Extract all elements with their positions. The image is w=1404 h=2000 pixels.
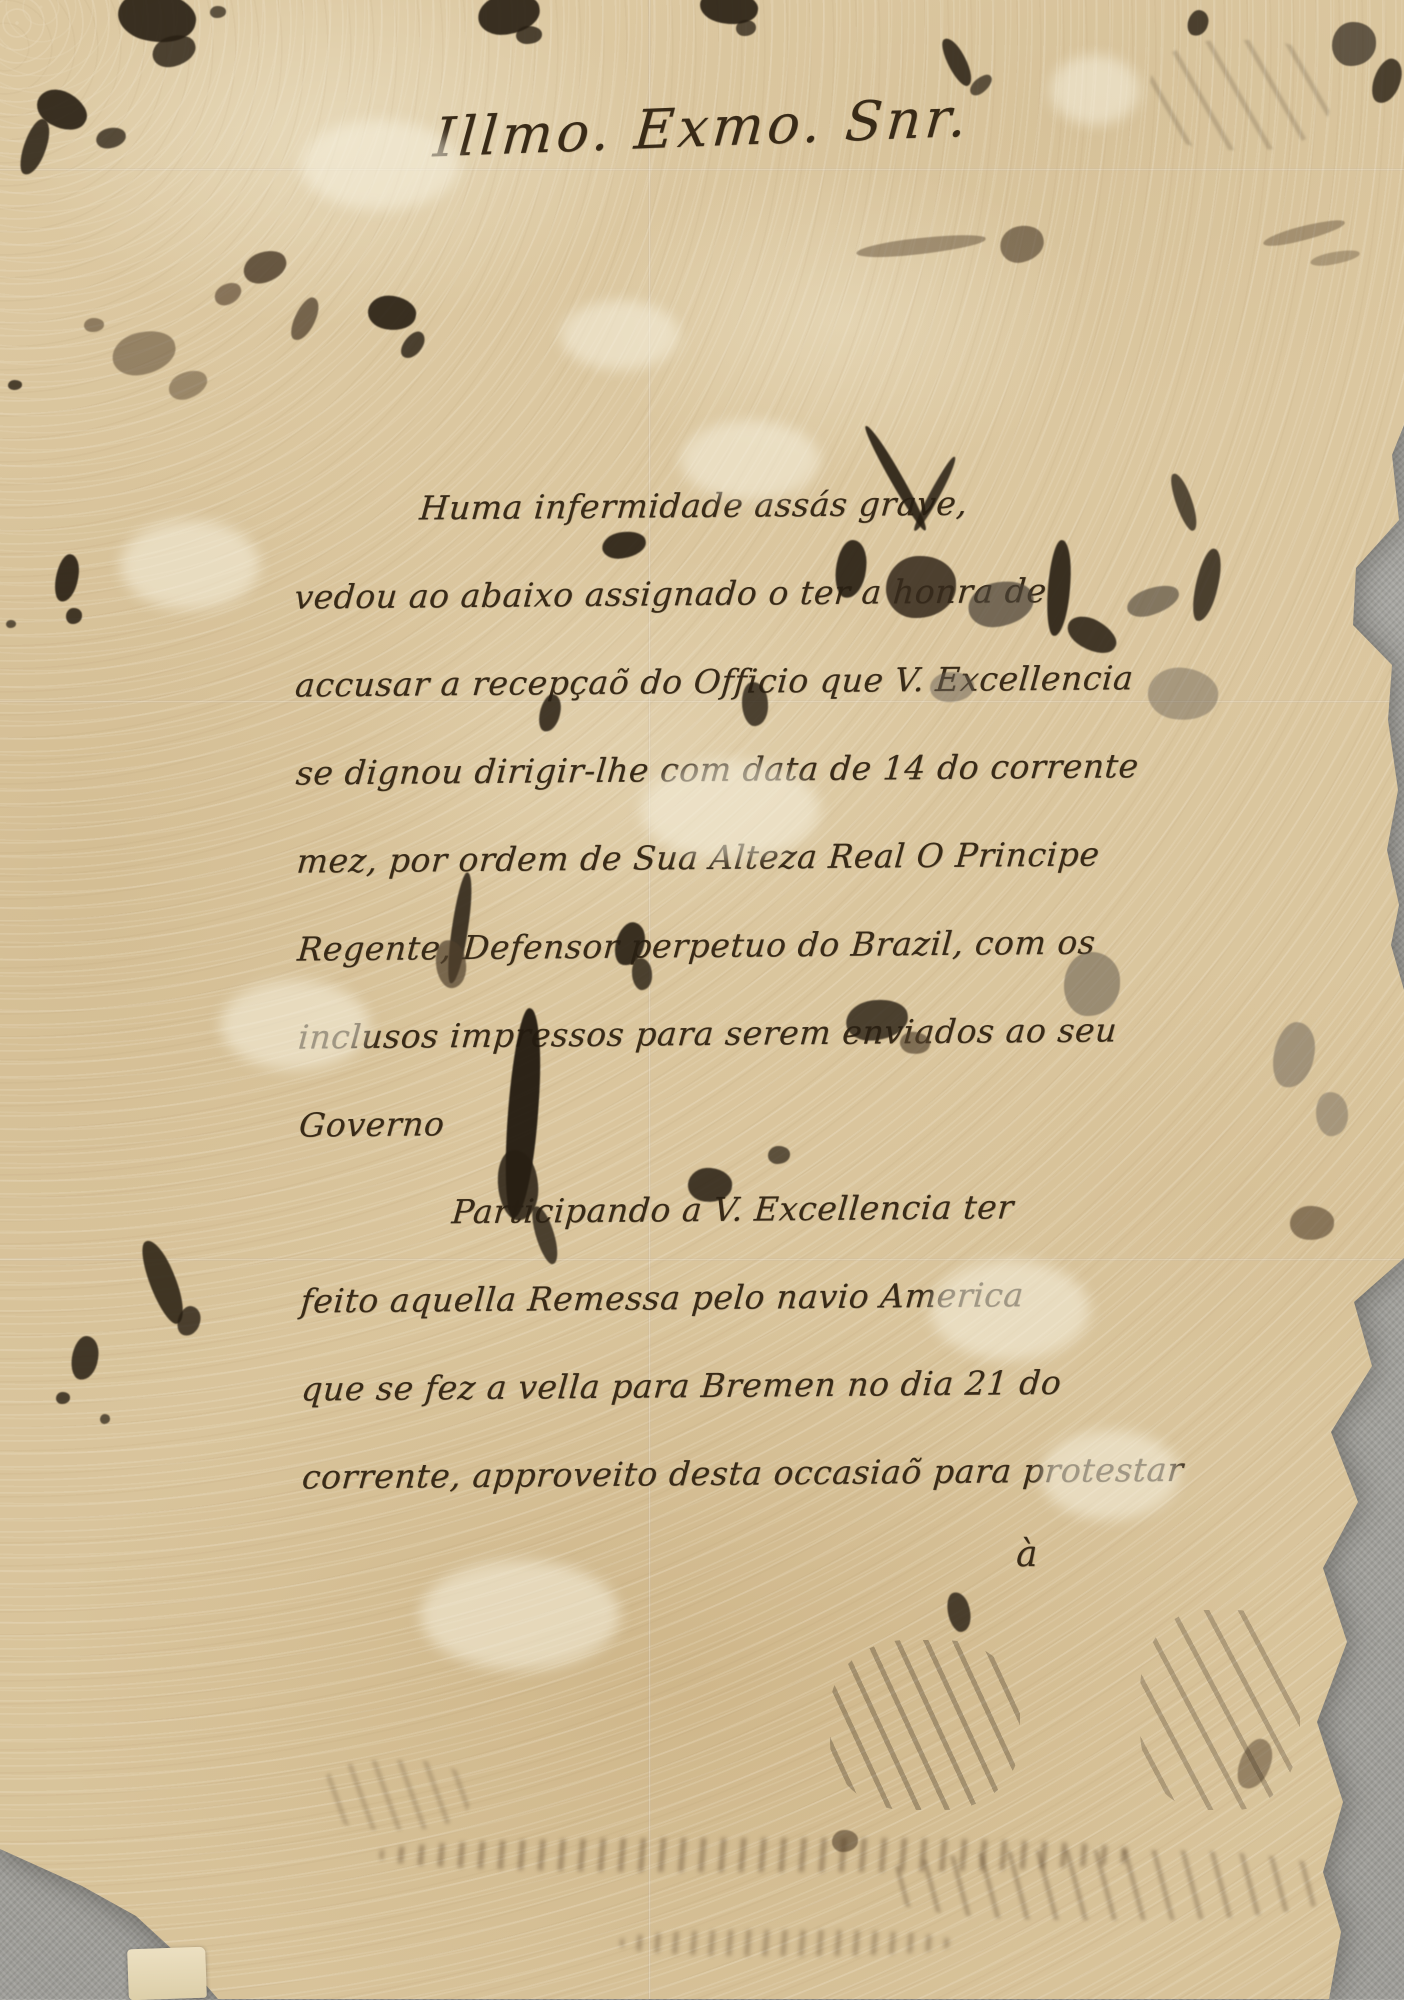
- ink-bleedthrough: [620, 1930, 950, 1956]
- ink-blot: [134, 1236, 191, 1327]
- ink-blot: [697, 0, 760, 29]
- letter-line: vedou ao abaixo assignado o ter a honra …: [289, 570, 1116, 665]
- ink-blot: [211, 279, 245, 309]
- letter-line: mez, por ordem de Sua Alteza Real O Prin…: [291, 834, 1118, 929]
- letter-body: Huma infermidade assás grave, vedou ao a…: [291, 482, 1120, 1545]
- letter-page: Illmo. Exmo. Snr. Huma infermidade assás…: [0, 0, 1404, 1999]
- ink-blot: [1309, 248, 1360, 269]
- ink-blot: [1262, 216, 1347, 250]
- ink-blot: [397, 328, 429, 363]
- ink-blot: [937, 35, 977, 89]
- ink-blot: [84, 318, 104, 332]
- ink-blot: [165, 366, 211, 404]
- ink-bleedthrough: [1140, 1610, 1300, 1810]
- ink-blot: [100, 1414, 110, 1424]
- letter-line: accusar a recepçaõ do Officio que V. Exc…: [290, 658, 1117, 753]
- letter-line: se dignou dirigir-lhe com data de 14 do …: [291, 746, 1118, 841]
- paper-wear-spot: [560, 300, 680, 370]
- ink-blot: [1185, 8, 1211, 38]
- ink-blot: [476, 0, 543, 38]
- ink-blot: [1289, 1205, 1335, 1242]
- ink-blot: [6, 620, 16, 628]
- catchword: à: [1016, 1534, 1037, 1575]
- letter-line: Huma infermidade assás grave,: [288, 482, 1115, 577]
- ink-blot: [175, 1304, 204, 1338]
- ink-blot: [943, 1590, 974, 1634]
- ink-blot: [56, 1392, 70, 1404]
- paper-fragment: [127, 1947, 207, 1999]
- letter-line: que se fez a vella para Bremen no dia 21…: [296, 1362, 1123, 1457]
- ink-blot: [1166, 471, 1202, 533]
- ink-blot: [1332, 22, 1376, 66]
- ink-bleedthrough: [880, 1850, 1340, 1920]
- letter-line: Governo: [294, 1098, 1121, 1193]
- ink-bleedthrough: [380, 1838, 1140, 1872]
- ink-bleedthrough: [320, 1760, 470, 1830]
- ink-blot: [1232, 1734, 1278, 1793]
- ink-blot: [66, 608, 82, 624]
- ink-blot: [1313, 1090, 1351, 1138]
- ink-blot: [210, 6, 226, 18]
- ink-blot: [1269, 1019, 1320, 1091]
- ink-blot: [69, 1334, 101, 1381]
- ink-blot: [287, 294, 324, 344]
- ink-blot: [114, 0, 201, 50]
- ink-bleedthrough: [830, 1640, 1020, 1810]
- ink-blot: [1145, 663, 1222, 724]
- salutation: Illmo. Exmo. Snr.: [0, 69, 1404, 186]
- letter-line: Regente, Defensor perpetuo do Brazil, co…: [292, 922, 1119, 1017]
- ink-blot: [1123, 580, 1182, 621]
- letter-line: inclusos impressos para serem enviados a…: [293, 1010, 1120, 1105]
- letter-line: corrente, approveito desta occasiaõ para…: [297, 1450, 1124, 1545]
- paper-wear-spot: [420, 1560, 620, 1670]
- paper-wear-spot: [120, 520, 260, 610]
- letter-line: Participando a V. Excellencia ter: [294, 1186, 1121, 1281]
- ink-blot: [52, 552, 82, 603]
- ink-blot: [365, 292, 418, 334]
- ink-blot: [239, 246, 290, 288]
- ink-blot: [736, 20, 756, 36]
- ink-blot: [1189, 547, 1226, 624]
- ink-blot: [832, 1830, 858, 1852]
- ink-blot: [108, 326, 179, 380]
- ink-blot: [516, 26, 542, 44]
- ink-blot: [997, 222, 1048, 266]
- ink-blot: [856, 231, 987, 261]
- ink-blot: [8, 380, 22, 390]
- ink-blot: [149, 31, 199, 71]
- paper-wrap: Illmo. Exmo. Snr. Huma infermidade assás…: [0, 0, 1404, 1999]
- letter-line: feito aquella Remessa pelo navio America: [295, 1274, 1122, 1369]
